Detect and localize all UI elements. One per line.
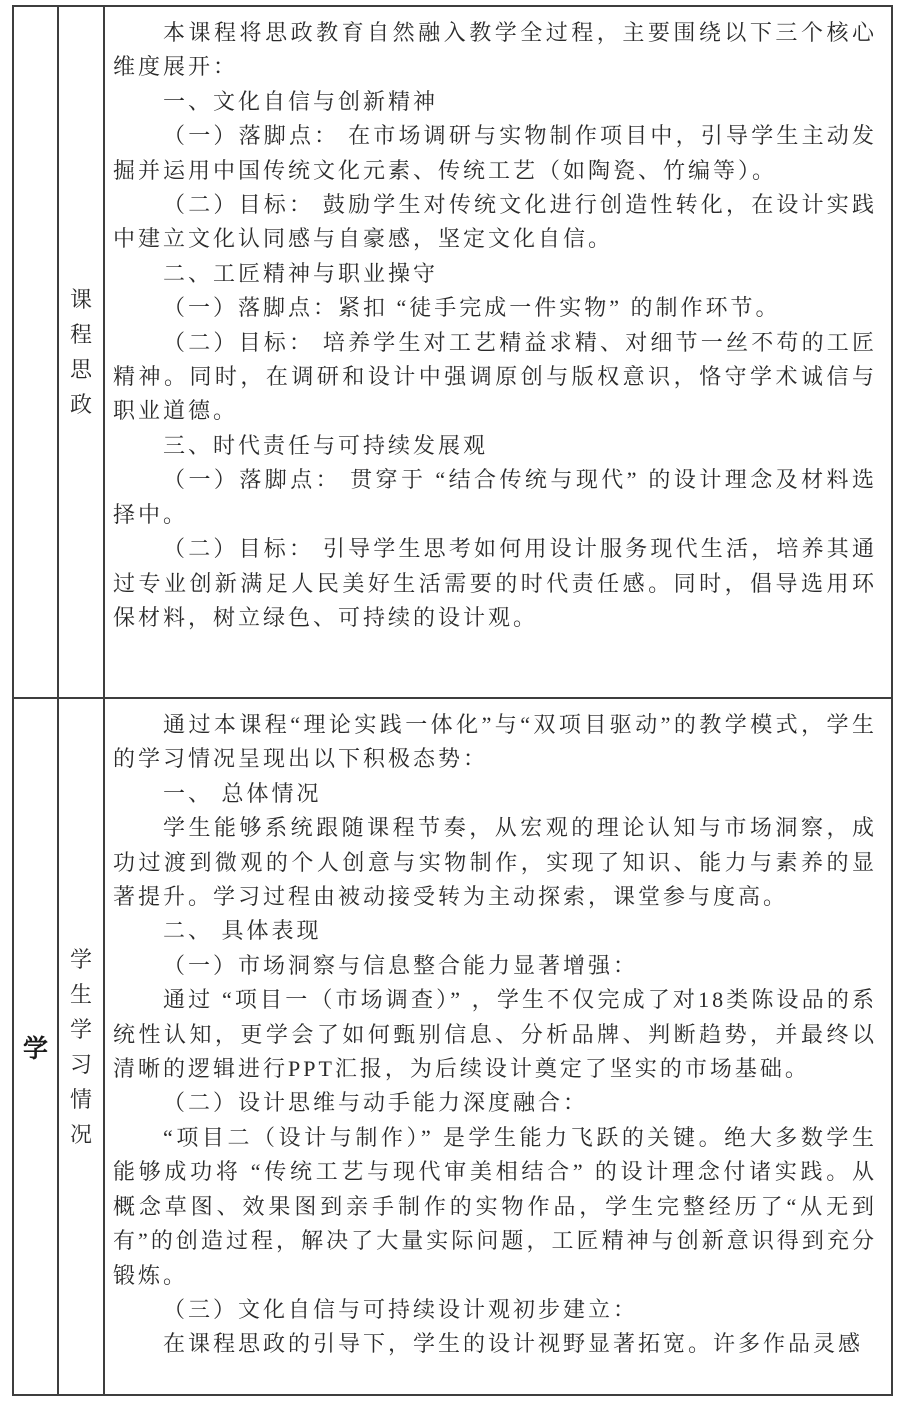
paragraph: 三、时代责任与可持续发展观 — [113, 429, 877, 463]
paragraph: 学生能够系统跟随课程节奏，从宏观的理论认知与市场洞察，成功过渡到微观的个人创意与… — [113, 811, 877, 914]
paragraph: （一）落脚点： 在市场调研与实物制作项目中，引导学生主动发掘并运用中国传统文化元… — [113, 119, 877, 188]
paragraph: （二）目标： 培养学生对工艺精益求精、对细节一丝不苟的工匠精神。同时，在调研和设… — [113, 326, 877, 429]
row-content-course-ideology: 本课程将思政教育自然融入教学全过程，主要围绕以下三个核心维度展开： 一、文化自信… — [105, 7, 891, 697]
paragraph: （二）目标： 引导学生思考如何用设计服务现代生活，培养其通过专业创新满足人民美好… — [113, 532, 877, 635]
course-info-table: 课程思政 本课程将思政教育自然融入教学全过程，主要围绕以下三个核心维度展开： 一… — [12, 5, 893, 1396]
paragraph: 通过本课程“理论实践一体化”与“双项目驱动”的教学模式，学生的学习情况呈现出以下… — [113, 708, 877, 777]
table-row-student-learning: 学 学生学习情况 通过本课程“理论实践一体化”与“双项目驱动”的教学模式，学生的… — [14, 699, 891, 1394]
row-label-student-learning: 学生学习情况 — [69, 942, 93, 1152]
row-content-student-learning: 通过本课程“理论实践一体化”与“双项目驱动”的教学模式，学生的学习情况呈现出以下… — [105, 699, 891, 1394]
row-label-cell: 学生学习情况 — [59, 699, 105, 1394]
table-row-course-ideology: 课程思政 本课程将思政教育自然融入教学全过程，主要围绕以下三个核心维度展开： 一… — [14, 7, 891, 699]
paragraph: 通过 “项目一（市场调查）” ，学生不仅完成了对18类陈设品的系统性认知，更学会… — [113, 983, 877, 1086]
paragraph: （二）设计思维与动手能力深度融合： — [113, 1086, 877, 1120]
category-label: 学 — [23, 1029, 48, 1065]
paragraph: 一、文化自信与创新精神 — [113, 85, 877, 119]
paragraph: 一、 总体情况 — [113, 777, 877, 811]
row-label-course-ideology: 课程思政 — [69, 282, 93, 422]
category-cell-empty — [14, 7, 59, 697]
paragraph: 在课程思政的引导下，学生的设计视野显著拓宽。许多作品灵感 — [113, 1327, 877, 1361]
category-cell-xue: 学 — [14, 699, 59, 1394]
paragraph: （一）落脚点：紧扣 “徒手完成一件实物” 的制作环节。 — [113, 291, 877, 325]
paragraph: （一）市场洞察与信息整合能力显著增强： — [113, 949, 877, 983]
paragraph: “项目二（设计与制作）” 是学生能力飞跃的关键。绝大多数学生能够成功将 “传统工… — [113, 1121, 877, 1293]
paragraph: 二、工匠精神与职业操守 — [113, 257, 877, 291]
paragraph: 本课程将思政教育自然融入教学全过程，主要围绕以下三个核心维度展开： — [113, 16, 877, 85]
document-page: 课程思政 本课程将思政教育自然融入教学全过程，主要围绕以下三个核心维度展开： 一… — [0, 0, 899, 1408]
paragraph: 二、 具体表现 — [113, 914, 877, 948]
paragraph: （二）目标： 鼓励学生对传统文化进行创造性转化，在设计实践中建立文化认同感与自豪… — [113, 188, 877, 257]
paragraph: （三）文化自信与可持续设计观初步建立： — [113, 1293, 877, 1327]
row-label-cell: 课程思政 — [59, 7, 105, 697]
paragraph: （一）落脚点： 贯穿于 “结合传统与现代” 的设计理念及材料选择中。 — [113, 463, 877, 532]
